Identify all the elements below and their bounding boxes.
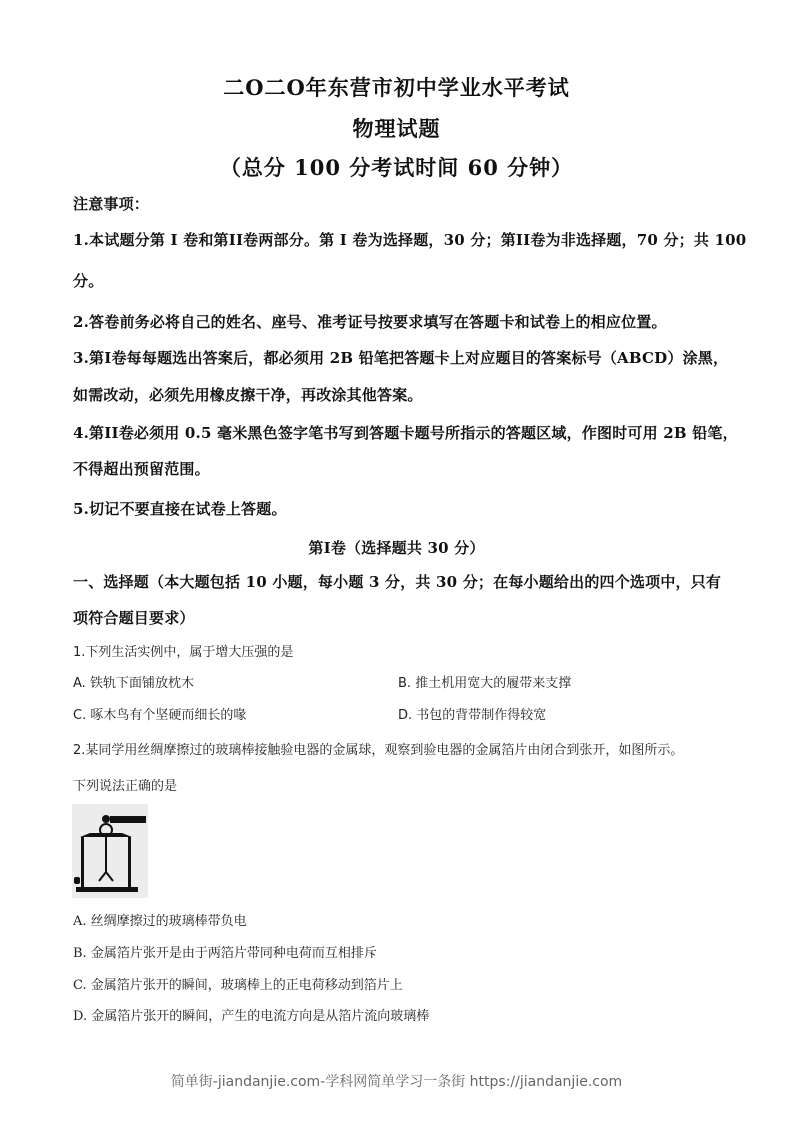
option-label: A. [73,676,86,691]
option-text: 推土机用宽大的履带来支撑 [415,676,571,691]
exam-info: （总分 100 分考试时间 60 分钟） [0,152,793,182]
option-label: C. [73,978,87,993]
notice-item-1: 1.本试题分第 I 卷和第II卷两部分。第 I 卷为选择题，30 分；第II卷为… [73,229,746,250]
question-1-option-d[interactable]: D. 书包的背带制作得较宽 [398,704,546,723]
option-label: C. [73,708,86,723]
question-2-stem-cont: 下列说法正确的是 [73,775,177,794]
notice-item-2: 2.答卷前务必将自己的姓名、座号、准考证号按要求填写在答题卡和试卷上的相应位置。 [73,311,667,332]
question-2-option-d[interactable]: D. 金属箔片张开的瞬间，产生的电流方向是从箔片流向玻璃棒 [73,1005,429,1024]
section-title: 第I卷（选择题共 30 分） [0,537,793,558]
option-text: 书包的背带制作得较宽 [416,708,546,723]
option-label: D. [398,708,412,723]
option-text: 金属箔片张开的瞬间，玻璃棒上的正电荷移动到箔片上 [91,978,403,993]
option-text: 丝绸摩擦过的玻璃棒带负电 [91,914,247,929]
notice-item-3-cont: 如需改动，必须先用橡皮擦干净，再改涂其他答案。 [73,384,423,405]
notice-item-3: 3.第I卷每每题选出答案后，都必须用 2B 铅笔把答题卡上对应题目的答案标号（A… [73,347,728,368]
option-label: B. [73,946,87,961]
electroscope-icon [72,804,148,898]
question-2-option-b[interactable]: B. 金属箔片张开是由于两箔片带同种电荷而互相排斥 [73,942,377,961]
section-instructions-cont: 项符合题目要求） [73,607,195,628]
exam-title: 二O二O年东营市初中学业水平考试 [0,72,793,102]
question-1-option-a[interactable]: A. 铁轨下面铺放枕木 [73,672,194,691]
exam-subject: 物理试题 [0,113,793,143]
question-1-option-b[interactable]: B. 推土机用宽大的履带来支撑 [398,672,571,691]
option-label: A. [73,914,87,929]
option-label: B. [398,676,411,691]
question-2-stem: 2.某同学用丝绸摩擦过的玻璃棒接触验电器的金属球，观察到验电器的金属箔片由闭合到… [73,739,683,758]
option-text: 金属箔片张开的瞬间，产生的电流方向是从箔片流向玻璃棒 [91,1009,429,1024]
option-text: 金属箔片张开是由于两箔片带同种电荷而互相排斥 [91,946,377,961]
question-1-option-c[interactable]: C. 啄木鸟有个坚硬而细长的喙 [73,704,246,723]
notice-item-4: 4.第II卷必须用 0.5 毫米黑色签字笔书写到答题卡题号所指示的答题区域，作图… [73,422,738,443]
question-1-stem: 1.下列生活实例中，属于增大压强的是 [73,641,293,660]
question-2-option-a[interactable]: A. 丝绸摩擦过的玻璃棒带负电 [73,910,247,929]
option-text: 啄木鸟有个坚硬而细长的喙 [90,708,246,723]
notice-item-4-cont: 不得超出预留范围。 [73,458,210,479]
electroscope-diagram [72,804,148,898]
notice-item-5: 5.切记不要直接在试卷上答题。 [73,498,287,519]
option-text: 铁轨下面铺放枕木 [90,676,194,691]
notice-item-1-cont: 分。 [73,270,103,291]
section-instructions: 一、选择题（本大题包括 10 小题，每小题 3 分，共 30 分；在每小题给出的… [73,571,721,592]
question-2-option-c[interactable]: C. 金属箔片张开的瞬间，玻璃棒上的正电荷移动到箔片上 [73,974,403,993]
notice-heading: 注意事项： [73,193,149,214]
option-label: D. [73,1009,87,1024]
footer-watermark: 简单街-jiandanjie.com-学科网简单学习一条街 https://ji… [0,1071,793,1091]
